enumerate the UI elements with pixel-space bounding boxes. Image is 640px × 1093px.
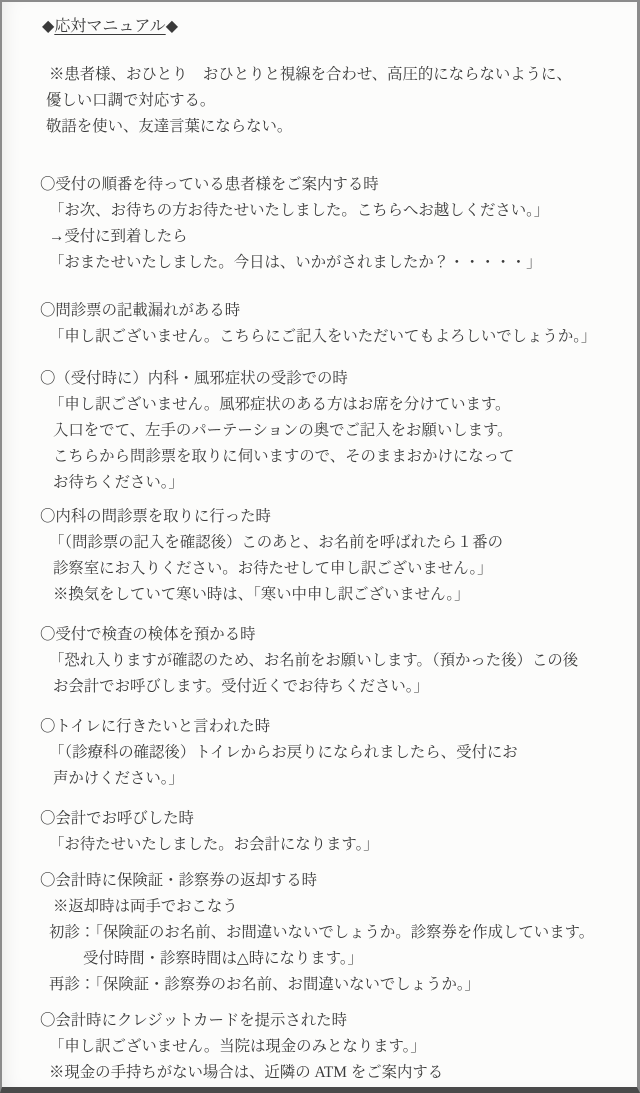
section-line: ※現金の手持ちがない場合は、近隣の ATM をご案内する: [2, 1060, 637, 1086]
section-heading: 〇会計時に保険証・診察券の返却する時: [2, 868, 637, 894]
section-line: こちらから問診票を取りに伺いますので、そのままおかけになって: [2, 444, 637, 470]
manual-section: 〇トイレに行きたいと言われた時「（診療科の確認後）トイレからお戻りになられました…: [2, 714, 637, 792]
section-heading: 〇会計でお呼びした時: [2, 806, 637, 832]
intro-note: ※患者様、おひとり おひとりと視線を合わせ、高圧的にならないように、優しい口調で…: [2, 62, 637, 140]
section-heading: 〇問診票の記載漏れがある時: [2, 298, 637, 324]
sections-container: 〇受付の順番を待っている患者様をご案内する時「お次、お待ちの方お待たせいたしまし…: [2, 172, 637, 1086]
manual-section: 〇受付の順番を待っている患者様をご案内する時「お次、お待ちの方お待たせいたしまし…: [2, 172, 637, 276]
section-line: ※換気をしていて寒い時は、「寒い中申し訳ございません。」: [2, 582, 637, 608]
section-line: 声かけください。」: [2, 766, 637, 792]
document-title: ◆応対マニュアル◆: [2, 14, 637, 40]
manual-page: ◆応対マニュアル◆ ※患者様、おひとり おひとりと視線を合わせ、高圧的にならない…: [0, 0, 640, 1093]
manual-section: 〇会計時に保険証・診察券の返却する時※返却時は両手でおこなう初診：「保険証のお名…: [2, 868, 637, 998]
manual-section: 〇受付で検査の検体を預かる時「恐れ入りますが確認のため、お名前をお願いします。（…: [2, 622, 637, 700]
section-line: →受付に到着したら: [2, 224, 637, 250]
title-diamond-left: ◆: [42, 18, 54, 35]
section-line: 「申し訳ございません。こちらにご記入をいただいてもよろしいでしょうか。」: [2, 324, 637, 350]
intro-line: 優しい口調で対応する。: [2, 88, 637, 114]
manual-section: 〇会計でお呼びした時「お待たせいたしました。お会計になります。」: [2, 806, 637, 858]
section-line: 初診：「保険証のお名前、お間違いないでしょうか。診察券を作成しています。: [2, 920, 637, 946]
manual-section: 〇会計時にクレジットカードを提示された時「申し訳ございません。当院は現金のみとな…: [2, 1008, 637, 1086]
section-line: 「（診療科の確認後）トイレからお戻りになられましたら、受付にお: [2, 740, 637, 766]
section-line: 入口をでて、左手のパーテーションの奥でご記入をお願いします。: [2, 418, 637, 444]
section-line: 「（問診票の記入を確認後）このあと、お名前を呼ばれたら１番の: [2, 530, 637, 556]
section-heading: 〇内科の問診票を取りに行った時: [2, 504, 637, 530]
intro-line: 敬語を使い、友達言葉にならない。: [2, 114, 637, 140]
intro-line: ※患者様、おひとり おひとりと視線を合わせ、高圧的にならないように、: [2, 62, 637, 88]
section-line: 再診：「保険証・診察券のお名前、お間違いないでしょうか。」: [2, 972, 637, 998]
manual-section: 〇問診票の記載漏れがある時「申し訳ございません。こちらにご記入をいただいてもよろ…: [2, 298, 637, 350]
section-line: 「申し訳ございません。当院は現金のみとなります。」: [2, 1034, 637, 1060]
section-line: お待ちください。」: [2, 470, 637, 496]
manual-section: 〇（受付時に）内科・風邪症状の受診での時「申し訳ございません。風邪症状のある方は…: [2, 366, 637, 496]
section-heading: 〇会計時にクレジットカードを提示された時: [2, 1008, 637, 1034]
manual-section: 〇内科の問診票を取りに行った時「（問診票の記入を確認後）このあと、お名前を呼ばれ…: [2, 504, 637, 608]
section-line: 「申し訳ございません。風邪症状のある方はお席を分けています。: [2, 392, 637, 418]
section-heading: 〇受付の順番を待っている患者様をご案内する時: [2, 172, 637, 198]
section-line: ※返却時は両手でおこなう: [2, 894, 637, 920]
section-line: 受付時間・診察時間は△時になります。」: [2, 946, 637, 972]
section-line: 診察室にお入りください。お待たせして申し訳ございません。」: [2, 556, 637, 582]
section-line: 「お次、お待ちの方お待たせいたしました。こちらへお越しください。」: [2, 198, 637, 224]
section-line: お会計でお呼びします。受付近くでお待ちください。」: [2, 674, 637, 700]
section-heading: 〇トイレに行きたいと言われた時: [2, 714, 637, 740]
section-line: 「お待たせいたしました。お会計になります。」: [2, 832, 637, 858]
section-heading: 〇（受付時に）内科・風邪症状の受診での時: [2, 366, 637, 392]
section-line: 「おまたせいたしました。今日は、いかがされましたか？・・・・・」: [2, 250, 637, 276]
section-line: 「恐れ入りますが確認のため、お名前をお願いします。（預かった後）この後: [2, 648, 637, 674]
title-diamond-right: ◆: [166, 18, 178, 35]
title-text: 応対マニュアル: [54, 18, 165, 35]
section-heading: 〇受付で検査の検体を預かる時: [2, 622, 637, 648]
